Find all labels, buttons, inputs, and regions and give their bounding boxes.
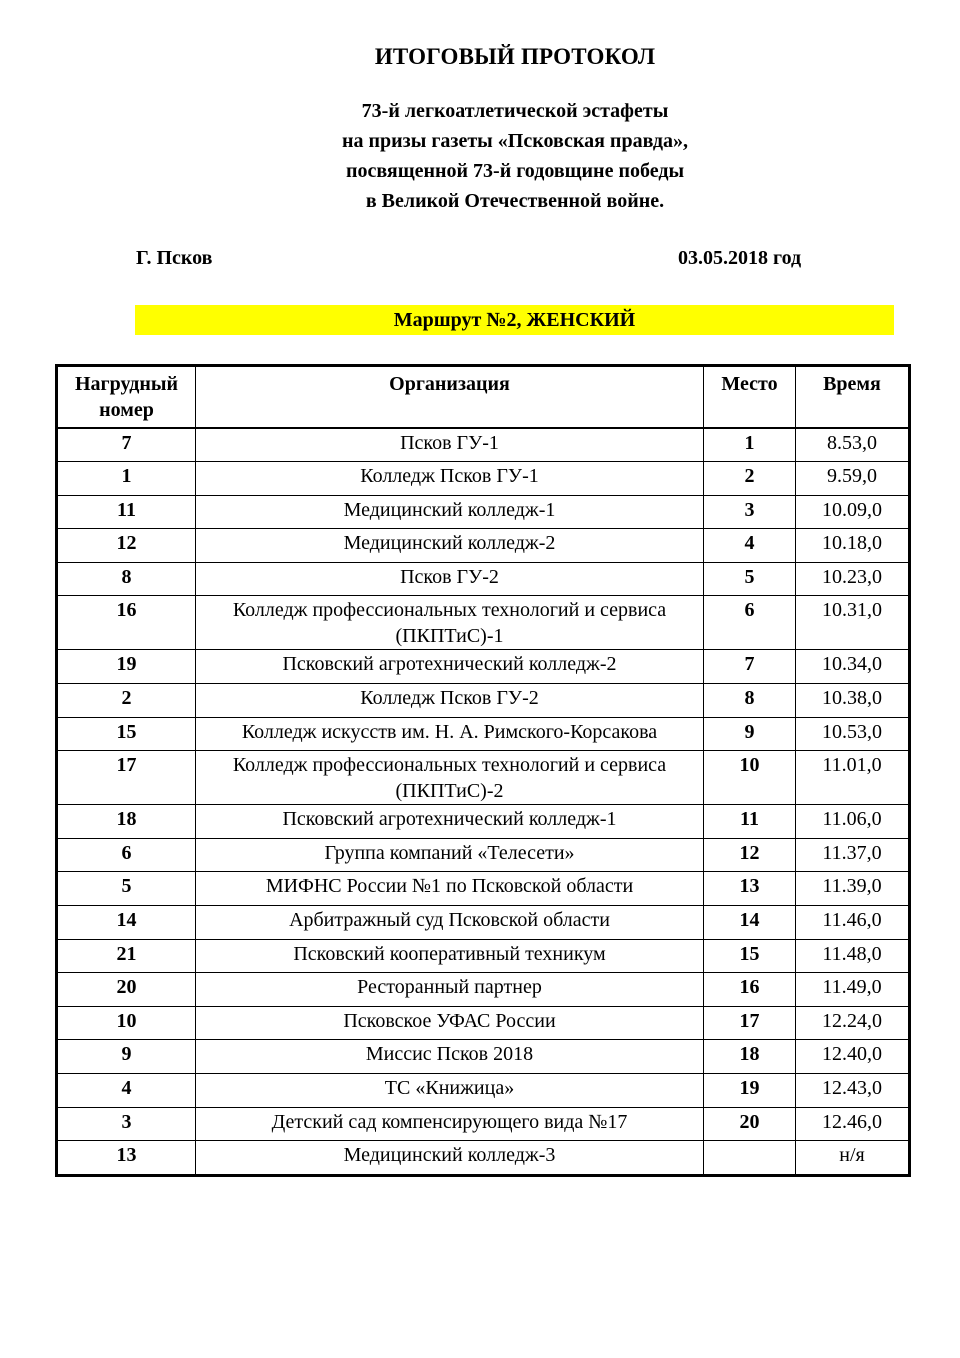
- table-row: 9Миссис Псков 20181812.40,0: [57, 1040, 910, 1074]
- place-cell: 10: [704, 751, 796, 805]
- table-row: 17Колледж профессиональных технологий и …: [57, 751, 910, 805]
- time-cell: 10.34,0: [796, 650, 910, 684]
- bib-cell: 10: [57, 1006, 196, 1040]
- bib-cell: 7: [57, 428, 196, 462]
- table-row: 4ТС «Книжица»1912.43,0: [57, 1074, 910, 1108]
- organization-cell: Псковский агротехнический колледж-2: [196, 650, 704, 684]
- subtitle-line: 73-й легкоатлетической эстафеты: [0, 96, 960, 126]
- place-cell: 6: [704, 596, 796, 650]
- organization-cell: Ресторанный партнер: [196, 973, 704, 1007]
- place-cell: [704, 1141, 796, 1176]
- table-row: 15Колледж искусств им. Н. А. Римского-Ко…: [57, 717, 910, 751]
- bib-cell: 11: [57, 495, 196, 529]
- bib-cell: 14: [57, 906, 196, 940]
- time-cell: 11.39,0: [796, 872, 910, 906]
- organization-cell: Медицинский колледж-3: [196, 1141, 704, 1176]
- place-cell: 11: [704, 805, 796, 839]
- table-row: 16Колледж профессиональных технологий и …: [57, 596, 910, 650]
- organization-cell: Арбитражный суд Псковской области: [196, 906, 704, 940]
- table-header-row: Нагрудный номер Организация Место Время: [57, 366, 910, 428]
- table-row: 11Медицинский колледж-1310.09,0: [57, 495, 910, 529]
- header-place: Место: [704, 366, 796, 428]
- organization-cell: Псков ГУ-2: [196, 562, 704, 596]
- time-cell: 10.53,0: [796, 717, 910, 751]
- table-row: 12Медицинский колледж-2410.18,0: [57, 529, 910, 563]
- bib-cell: 17: [57, 751, 196, 805]
- bib-cell: 8: [57, 562, 196, 596]
- time-cell: н/я: [796, 1141, 910, 1176]
- table-row: 2Колледж Псков ГУ-2810.38,0: [57, 684, 910, 718]
- time-cell: 12.43,0: [796, 1074, 910, 1108]
- place-cell: 5: [704, 562, 796, 596]
- place-cell: 1: [704, 428, 796, 462]
- table-row: 10Псковское УФАС России1712.24,0: [57, 1006, 910, 1040]
- time-cell: 10.18,0: [796, 529, 910, 563]
- time-cell: 10.38,0: [796, 684, 910, 718]
- results-body: 7Псков ГУ-118.53,01Колледж Псков ГУ-129.…: [57, 428, 910, 1176]
- place-cell: 18: [704, 1040, 796, 1074]
- time-cell: 12.46,0: [796, 1107, 910, 1141]
- time-cell: 9.59,0: [796, 462, 910, 496]
- time-cell: 8.53,0: [796, 428, 910, 462]
- table-row: 19Псковский агротехнический колледж-2710…: [57, 650, 910, 684]
- bib-cell: 3: [57, 1107, 196, 1141]
- table-row: 5МИФНС России №1 по Псковской области131…: [57, 872, 910, 906]
- place-cell: 2: [704, 462, 796, 496]
- table-row: 21Псковский кооперативный техникум1511.4…: [57, 939, 910, 973]
- table-row: 1Колледж Псков ГУ-129.59,0: [57, 462, 910, 496]
- organization-cell: Миссис Псков 2018: [196, 1040, 704, 1074]
- organization-cell: Псковский кооперативный техникум: [196, 939, 704, 973]
- event-city: Г. Псков: [136, 247, 212, 270]
- time-cell: 12.40,0: [796, 1040, 910, 1074]
- bib-cell: 16: [57, 596, 196, 650]
- organization-cell: Колледж профессиональных технологий и се…: [196, 596, 704, 650]
- organization-cell: Колледж Псков ГУ-1: [196, 462, 704, 496]
- time-cell: 10.09,0: [796, 495, 910, 529]
- place-cell: 17: [704, 1006, 796, 1040]
- table-row: 3Детский сад компенсирующего вида №17201…: [57, 1107, 910, 1141]
- place-cell: 13: [704, 872, 796, 906]
- organization-cell: Колледж искусств им. Н. А. Римского-Корс…: [196, 717, 704, 751]
- subtitle-line: посвященной 73-й годовщине победы: [0, 156, 960, 186]
- subtitle-line: в Великой Отечественной войне.: [0, 186, 960, 216]
- bib-cell: 2: [57, 684, 196, 718]
- bib-cell: 1: [57, 462, 196, 496]
- time-cell: 11.01,0: [796, 751, 910, 805]
- organization-cell: Псковское УФАС России: [196, 1006, 704, 1040]
- bib-cell: 21: [57, 939, 196, 973]
- organization-cell: Колледж Псков ГУ-2: [196, 684, 704, 718]
- table-row: 7Псков ГУ-118.53,0: [57, 428, 910, 462]
- bib-cell: 12: [57, 529, 196, 563]
- document-subtitle: 73-й легкоатлетической эстафеты на призы…: [0, 96, 960, 216]
- bib-cell: 13: [57, 1141, 196, 1176]
- organization-cell: Медицинский колледж-2: [196, 529, 704, 563]
- time-cell: 11.46,0: [796, 906, 910, 940]
- bib-cell: 9: [57, 1040, 196, 1074]
- organization-cell: Псков ГУ-1: [196, 428, 704, 462]
- table-row: 14Арбитражный суд Псковской области1411.…: [57, 906, 910, 940]
- table-row: 20Ресторанный партнер1611.49,0: [57, 973, 910, 1007]
- place-cell: 20: [704, 1107, 796, 1141]
- table-row: 8Псков ГУ-2510.23,0: [57, 562, 910, 596]
- subtitle-line: на призы газеты «Псковская правда»,: [0, 126, 960, 156]
- time-cell: 10.31,0: [796, 596, 910, 650]
- table-row: 6Группа компаний «Телесети»1211.37,0: [57, 838, 910, 872]
- bib-cell: 4: [57, 1074, 196, 1108]
- organization-cell: Группа компаний «Телесети»: [196, 838, 704, 872]
- document-title: ИТОГОВЫЙ ПРОТОКОЛ: [0, 44, 960, 70]
- place-cell: 9: [704, 717, 796, 751]
- organization-cell: МИФНС России №1 по Псковской области: [196, 872, 704, 906]
- event-date: 03.05.2018 год: [678, 247, 801, 270]
- organization-cell: ТС «Книжица»: [196, 1074, 704, 1108]
- bib-cell: 15: [57, 717, 196, 751]
- place-cell: 3: [704, 495, 796, 529]
- route-banner: Маршрут №2, ЖЕНСКИЙ: [135, 305, 894, 335]
- time-cell: 12.24,0: [796, 1006, 910, 1040]
- time-cell: 11.48,0: [796, 939, 910, 973]
- place-cell: 8: [704, 684, 796, 718]
- place-cell: 4: [704, 529, 796, 563]
- organization-cell: Детский сад компенсирующего вида №17: [196, 1107, 704, 1141]
- time-cell: 11.06,0: [796, 805, 910, 839]
- organization-cell: Медицинский колледж-1: [196, 495, 704, 529]
- bib-cell: 19: [57, 650, 196, 684]
- header-bib: Нагрудный номер: [57, 366, 196, 428]
- place-cell: 16: [704, 973, 796, 1007]
- organization-cell: Колледж профессиональных технологий и се…: [196, 751, 704, 805]
- header-organization: Организация: [196, 366, 704, 428]
- bib-cell: 6: [57, 838, 196, 872]
- results-table: Нагрудный номер Организация Место Время …: [55, 364, 911, 1177]
- organization-cell: Псковский агротехнический колледж-1: [196, 805, 704, 839]
- time-cell: 11.49,0: [796, 973, 910, 1007]
- bib-cell: 5: [57, 872, 196, 906]
- place-cell: 15: [704, 939, 796, 973]
- place-cell: 12: [704, 838, 796, 872]
- place-cell: 19: [704, 1074, 796, 1108]
- place-cell: 7: [704, 650, 796, 684]
- place-cell: 14: [704, 906, 796, 940]
- time-cell: 10.23,0: [796, 562, 910, 596]
- bib-cell: 18: [57, 805, 196, 839]
- bib-cell: 20: [57, 973, 196, 1007]
- time-cell: 11.37,0: [796, 838, 910, 872]
- header-time: Время: [796, 366, 910, 428]
- table-row: 18Псковский агротехнический колледж-1111…: [57, 805, 910, 839]
- table-row: 13Медицинский колледж-3н/я: [57, 1141, 910, 1176]
